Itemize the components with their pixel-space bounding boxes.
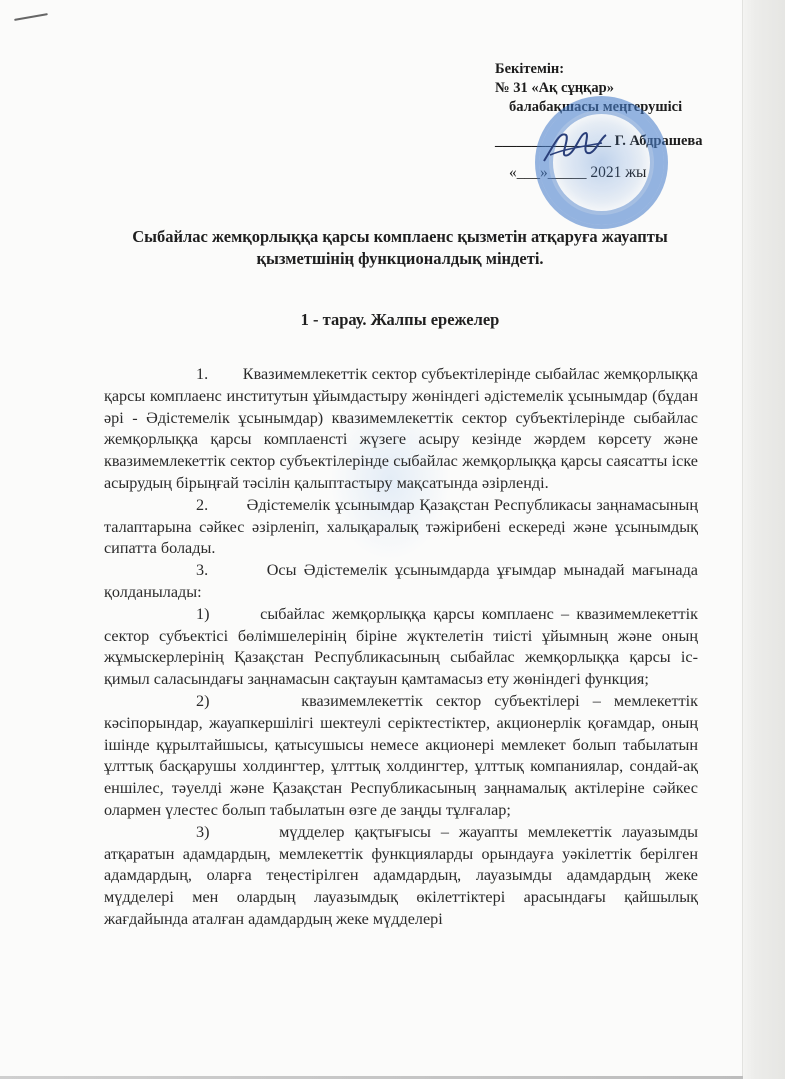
definition-1: 1) сыбайлас жемқорлыққа қарсы комплаенс … — [104, 604, 698, 691]
paragraph-number: 1. — [150, 364, 208, 386]
paragraph-2: 2. Әдістемелік ұсынымдар Қазақстан Респу… — [104, 495, 698, 560]
chapter-heading: 1 - тарау. Жалпы ережелер — [80, 309, 720, 331]
date-blank: ___»_____ — [517, 164, 591, 181]
date-year: 2021 жы — [590, 164, 646, 181]
title-line-1: Сыбайлас жемқорлыққа қарсы комплаенс қыз… — [80, 226, 720, 248]
document-body: 1. Квазимемлекеттік сектор субъектілерін… — [104, 364, 698, 931]
signature-line: ________________ — [495, 133, 611, 149]
title-line-2: қызметшінің функционалдық міндеті. — [80, 248, 720, 270]
scan-edge-strip — [742, 0, 785, 1079]
paragraph-1: 1. Квазимемлекеттік сектор субъектілерін… — [104, 364, 698, 495]
approval-heading: Бекітемін: — [495, 60, 735, 79]
paragraph-number: 2) — [150, 691, 209, 713]
paragraph-number: 3. — [150, 560, 208, 582]
approval-position: балабақшасы меңгерушісі — [495, 98, 735, 117]
definition-2: 2) квазимемлекеттік сектор субъектілері … — [104, 691, 698, 822]
approval-block: Бекітемін: № 31 «Ақ сұңқар» балабақшасы … — [495, 60, 735, 182]
scanned-document-page: Бекітемін: № 31 «Ақ сұңқар» балабақшасы … — [0, 0, 785, 1079]
paragraph-number: 1) — [150, 604, 209, 626]
paragraph-number: 2. — [150, 495, 208, 517]
pen-mark — [14, 13, 48, 21]
paragraph-3: 3. Осы Әдістемелік ұсынымдарда ұғымдар м… — [104, 560, 698, 604]
definition-3: 3) мүдделер қақтығысы – жауапты мемлекет… — [104, 822, 698, 931]
paragraph-number: 3) — [150, 822, 209, 844]
date-open-quote: « — [509, 164, 517, 181]
approval-org: № 31 «Ақ сұңқар» — [495, 79, 735, 98]
approver-name: Г. Абдрашева — [615, 133, 703, 149]
document-title: Сыбайлас жемқорлыққа қарсы комплаенс қыз… — [80, 226, 720, 270]
